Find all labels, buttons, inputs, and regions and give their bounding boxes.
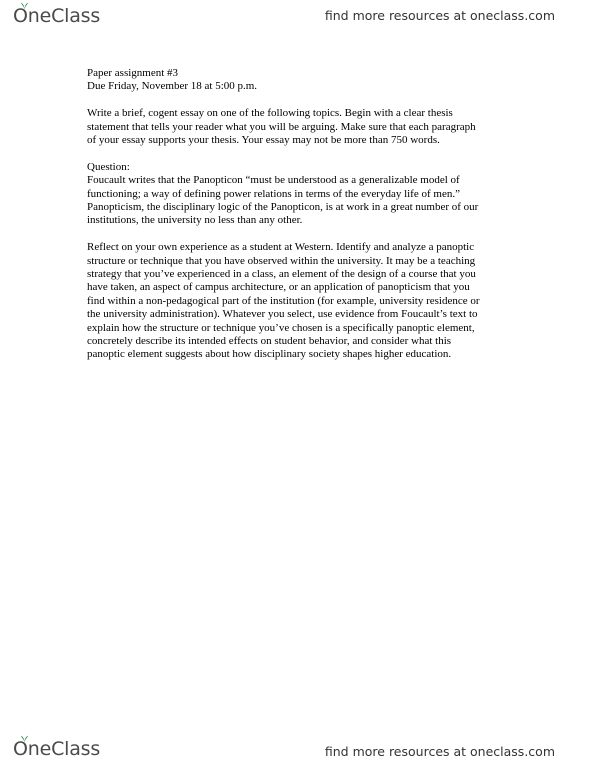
assignment-question: Question: Foucault writes that the Panop… <box>87 161 537 228</box>
footer-resources-link[interactable]: find more resources at oneclass.com <box>325 744 555 759</box>
assignment-prompt: Reflect on your own experience as a stud… <box>87 241 537 362</box>
assignment-document: Paper assignment #3 Due Friday, November… <box>87 67 537 375</box>
assignment-instructions: Write a brief, cogent essay on one of th… <box>87 107 537 147</box>
page: OneClass find more resources at oneclass… <box>0 0 595 770</box>
header-resources-link[interactable]: find more resources at oneclass.com <box>325 8 555 23</box>
sprout-leaf-icon <box>20 735 29 743</box>
oneclass-logo-footer[interactable]: OneClass <box>13 736 100 759</box>
assignment-title: Paper assignment #3 Due Friday, November… <box>87 67 537 94</box>
oneclass-logo[interactable]: OneClass <box>13 3 100 26</box>
sprout-leaf-icon <box>20 2 29 10</box>
